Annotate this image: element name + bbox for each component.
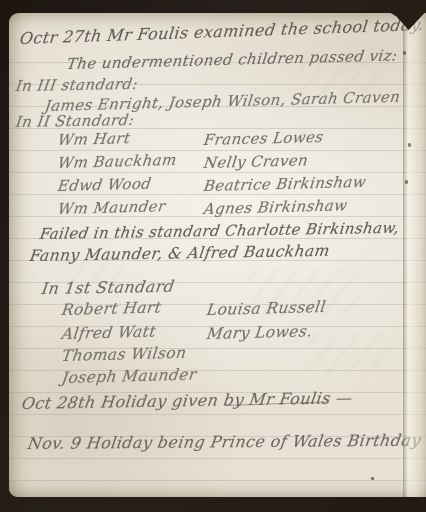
pupil-name: Edwd Wood — [57, 175, 153, 196]
pupil-name: Wm Hart — [57, 129, 132, 149]
failed-note-line-1: Failed in this standard Charlotte Birkin… — [39, 219, 401, 243]
pupil-name: Frances Lowes — [203, 128, 325, 149]
pupil-name: Joseph Maunder — [61, 365, 198, 387]
pupil-row: Wm Hart Frances Lowes — [9, 131, 400, 153]
logbook-page: Octr 27th Mr Foulis examined the school … — [9, 13, 426, 497]
holiday-entry-nov9: Nov. 9 Holiday being Prince of Wales Bir… — [26, 431, 422, 453]
entry-subheading: The undermentioned children passed viz: — [66, 46, 399, 73]
standard-2-label: In II Standard: — [15, 111, 136, 131]
stitch-mark — [408, 143, 411, 147]
stitch-mark — [405, 180, 408, 184]
pupil-name: Robert Hart — [61, 298, 163, 319]
stitch-mark — [403, 51, 406, 55]
pupil-name: Louisa Russell — [206, 298, 328, 319]
holiday-entry-oct28: Oct 28th Holiday given by Mr Foulis — — [20, 388, 354, 413]
pupil-name: Thomas Wilson — [61, 344, 188, 365]
pupil-row: Alfred Watt Mary Lowes. — [9, 325, 400, 347]
entry-date-heading: Octr 27th Mr Foulis examined the school … — [19, 15, 426, 48]
pupil-name: Beatrice Birkinshaw — [203, 173, 368, 195]
pupil-row: Robert Hart Louisa Russell — [9, 301, 400, 323]
pupil-row: Wm Maunder Agnes Birkinshaw — [9, 200, 400, 222]
logbook-photo: Octr 27th Mr Foulis examined the school … — [0, 0, 426, 512]
pupil-name: Agnes Birkinshaw — [203, 196, 349, 218]
ink-dot — [371, 477, 374, 480]
pupil-name: Wm Bauckham — [57, 151, 178, 172]
standard-3-label: In III standard: — [15, 75, 140, 95]
pupil-row: Thomas Wilson — [9, 347, 400, 369]
standard-1-label: In 1st Standard — [40, 277, 176, 298]
page-edge-strip — [403, 13, 426, 497]
pupil-name: Alfred Watt — [61, 323, 158, 344]
pupil-name: Nelly Craven — [203, 151, 310, 172]
pupil-name: Wm Maunder — [57, 197, 167, 218]
pupil-name: Mary Lowes. — [206, 322, 314, 343]
failed-note-line-2: Fanny Maunder, & Alfred Bauckham — [29, 242, 332, 265]
